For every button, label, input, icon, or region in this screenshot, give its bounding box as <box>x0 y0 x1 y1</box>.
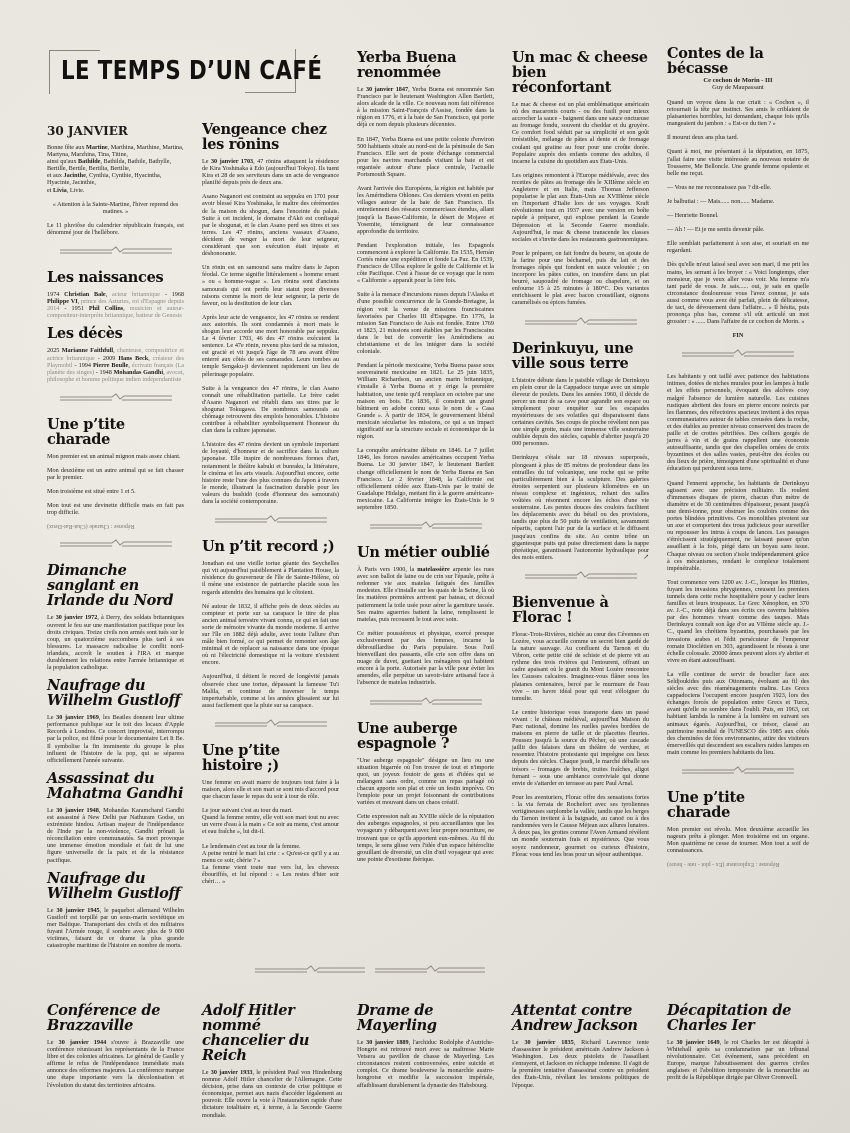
event-text: Le 30 janvier 1933, le président Paul vo… <box>202 1069 342 1119</box>
bottom-event-3: Drame de Mayerling Le 30 janvier 1889, l… <box>357 1003 494 1096</box>
yerba-paragraph: La conquête américaine débute en 1846. L… <box>357 447 494 511</box>
charade-heading: Une p’tite charade <box>667 790 809 820</box>
yerba-paragraph: Pendant la période mexicaine, Yerba Buen… <box>357 362 494 440</box>
bottom-event-4: Attentat contre Andrew Jackson Le 30 jan… <box>512 1003 649 1096</box>
deaths-heading: Les décès <box>47 326 184 341</box>
mac-paragraph: Pour le préparer, on fait fondre du beur… <box>512 250 649 307</box>
histoire-paragraph: Une femme en avait marre de toujours tou… <box>202 779 339 800</box>
ornament-divider <box>215 515 327 525</box>
ornament-divider <box>370 697 482 707</box>
event-heading: Adolf Hitler nommé chancelier du Reich <box>202 1003 342 1063</box>
metier-heading: Un métier oublié <box>357 545 494 560</box>
deaths-list: 2025 Marianne Faithfull, chanteuse, comp… <box>47 347 184 382</box>
ronins-paragraph: Après leur acte de vengeance, les 47 rōn… <box>202 314 339 378</box>
florac-paragraph: Pour les aventuriers, Florac offre des s… <box>512 794 649 858</box>
event-text: Le 30 janvier 1835, Richard Lawrence ten… <box>512 1039 649 1089</box>
derinkuyu-continued-paragraph: Tout commence vers 1200 av. J.-C., lorsq… <box>667 579 809 664</box>
auberge-paragraph: "Une auberge espagnole" désigne un lieu … <box>357 757 494 807</box>
metier-intro: À Paris vers 1900, la matelassière arpen… <box>357 566 494 623</box>
event-text: Le 30 janvier 1889, l'archiduc Rodolphe … <box>357 1039 494 1089</box>
becasse-paragraph: Quand un voyou dans la rue criait : « Co… <box>667 99 809 127</box>
becasse-paragraph: — Vous ne me reconnaissez pas ? dit-elle… <box>667 184 809 191</box>
event-heading: Assassinat du Mahatma Gandhi <box>47 771 184 801</box>
column-1: 30 JANVIER Bonne fête aux Martine, Marth… <box>47 124 184 956</box>
event-heading: Conférence de Brazzaville <box>47 1003 184 1033</box>
derinkuyu-continued-paragraph: La ville continue de servir de bouclier … <box>667 671 809 756</box>
column-4: Un mac & cheese bien réconfortant Le mac… <box>512 50 649 865</box>
event-text: Le 30 janvier 1944 s'ouvre à Brazzaville… <box>47 1039 184 1089</box>
column-2: Vengeance chez les rōnins Le 30 janvier … <box>202 122 339 892</box>
event-text: Le 30 janvier 1649, le roi Charles Ier e… <box>667 1039 809 1082</box>
mac-heading: Un mac & cheese bien réconfortant <box>512 50 649 95</box>
charade-heading: Une p’tite charade <box>47 417 184 447</box>
event-text: Le 30 janvier 1948, Mohandas Karamchand … <box>47 807 184 864</box>
ornament-divider <box>60 246 172 256</box>
births-heading: Les naissances <box>47 270 184 285</box>
event-heading: Attentat contre Andrew Jackson <box>512 1003 649 1033</box>
becasse-subtitle: Ce cochon de Morin - III <box>667 77 809 84</box>
yerba-intro: Le 30 janvier 1847, Yerba Buena est reno… <box>357 86 494 129</box>
derinkuyu-paragraph: L'histoire débute dans le paisible villa… <box>512 377 649 448</box>
becasse-paragraph: Dès qu'elle m'eut laissé seul avec son m… <box>667 261 809 325</box>
auberge-heading: Une auberge espagnole ? <box>357 721 494 751</box>
becasse-paragraph: Quant à moi, me présentant à la députati… <box>667 148 809 176</box>
becasse-paragraph: Je balbutiai : — Mais...... non...... Ma… <box>667 198 809 205</box>
ornament-divider <box>215 719 327 729</box>
page-title: LE TEMPS D’UN CAFÉ <box>61 56 322 86</box>
charade-answer-upside-down: Réponse : Explorateur (Ex - plot - rate … <box>667 861 809 867</box>
florac-heading: Bienvenue à Florac ! <box>512 595 649 625</box>
yerba-paragraph: Suite à la menace d'incursions russes de… <box>357 291 494 355</box>
charade-text: Mon premier est révolu. Mon deuxième acc… <box>667 826 809 854</box>
charade-line: Mon troisième est situé entre 1 et 5. <box>47 488 184 495</box>
column-3: Yerba Buena renommée Le 30 janvier 1847,… <box>357 50 494 870</box>
florac-paragraph: Le centre historique vous transporte dan… <box>512 709 649 787</box>
event-text: Le 30 janvier 1969, les Beatles donnent … <box>47 714 184 764</box>
becasse-heading: Contes de la bécasse <box>667 46 809 76</box>
bottom-event-2: Adolf Hitler nommé chancelier du Reich L… <box>202 1003 342 1126</box>
ornament-divider <box>682 766 794 776</box>
record-paragraph: Aujourd'hui, il détient le record de lon… <box>202 673 339 708</box>
yerba-heading: Yerba Buena renommée <box>357 50 494 80</box>
charade-line: Mon premier est un animal mignon mais as… <box>47 453 184 460</box>
record-heading: Un p’tit record ;) <box>202 539 339 554</box>
republican-calendar: Le 11 pluviôse du calendrier républicain… <box>47 222 184 236</box>
charade-line: Mon deuxième est un autre animal qui se … <box>47 467 184 481</box>
yerba-paragraph: Avant l'arrivée des Européens, la région… <box>357 185 494 235</box>
charade-answer-upside-down: Réponse : Charade (Chat-Rat-Deux) <box>47 523 184 529</box>
event-heading: Décapitation de Charles Ier <box>667 1003 809 1033</box>
ornament-divider <box>255 962 595 980</box>
ronins-paragraph: Suite à la vengeance des 47 rōnins, le c… <box>202 385 339 435</box>
column-5: Contes de la bécasse Ce cochon de Morin … <box>667 46 809 873</box>
becasse-paragraph: — Ah ! — Et je me sentis devenir pâle. <box>667 226 809 233</box>
bottom-event-1: Conférence de Brazzaville Le 30 janvier … <box>47 1003 184 1096</box>
ronins-heading: Vengeance chez les rōnins <box>202 122 339 152</box>
event-heading: Naufrage du Wilhelm Gustloff <box>47 871 184 901</box>
event-text: Le 30 janvier 1945, le paquebot allemand… <box>47 907 184 950</box>
ornament-divider <box>370 521 482 531</box>
mac-paragraph: Le mac & cheese est un plat emblématique… <box>512 101 649 165</box>
derinkuyu-paragraph: Derinkuyu s'étale sur 18 niveaux superpo… <box>512 454 649 560</box>
ronins-paragraph: Asano Naganori est contraint au seppuku … <box>202 193 339 257</box>
ronins-paragraph: Un rōnin est un samouraï sans maître dan… <box>202 264 339 307</box>
florac-paragraph: Florac-Trois-Rivières, nichée au cœur de… <box>512 631 649 702</box>
yerba-paragraph: Pendant l'exploration initiale, les Espa… <box>357 242 494 285</box>
auberge-paragraph: Cette expression naît au XVIIIe siècle d… <box>357 813 494 863</box>
newspaper-page: LE TEMPS D’UN CAFÉ 30 JANVIER Bonne fête… <box>0 0 850 1133</box>
event-text: Le 30 janvier 1972, à Derry, des soldats… <box>47 614 184 671</box>
bottom-event-5: Décapitation de Charles Ier Le 30 janvie… <box>667 1003 809 1089</box>
yerba-paragraph: En 1847, Yerba Buena est une petite colo… <box>357 136 494 179</box>
ronins-intro: Le 30 janvier 1703, 47 rōnins attaquent … <box>202 158 339 186</box>
ornament-divider <box>682 349 794 359</box>
proverb: « Attention à la Sainte-Martine, l'hiver… <box>47 201 184 215</box>
record-paragraph: Né autour de 1832, il affiche près de de… <box>202 603 339 667</box>
ronins-paragraph: L'histoire des 47 rōnins devient un symb… <box>202 441 339 505</box>
ornament-divider <box>525 317 637 327</box>
derinkuyu-continued-paragraph: Les habitants y ont taillé avec patience… <box>667 373 809 472</box>
ornament-divider <box>60 393 172 403</box>
mac-paragraph: Les origines remontent à l'Europe médiév… <box>512 172 649 243</box>
continue-arrow-icon: ↗ <box>643 554 649 561</box>
calendar-date: 30 JANVIER <box>47 124 184 138</box>
becasse-end: FIN <box>667 332 809 339</box>
event-heading: Dimanche sanglant en Irlande du Nord <box>47 563 184 608</box>
event-heading: Drame de Mayerling <box>357 1003 494 1033</box>
metier-paragraph: Ce métier poussiéreux et physique, exerc… <box>357 630 494 687</box>
ornament-divider <box>60 539 172 549</box>
becasse-paragraph: Il mourut deux ans plus tard. <box>667 134 809 141</box>
histoire-heading: Une p’tite histoire ;) <box>202 743 339 773</box>
becasse-paragraph: — Henriette Bonnel. <box>667 212 809 219</box>
births-list: 1974 Christian Bale, acteur britannique … <box>47 291 184 319</box>
ornament-divider <box>525 571 637 581</box>
derinkuyu-continued-paragraph: Quand l'ennemi approche, les habitants d… <box>667 480 809 572</box>
becasse-paragraph: Elle semblait parfaitement à son aise, e… <box>667 240 809 254</box>
charade-line: Mon tout est une devinette difficile mai… <box>47 502 184 516</box>
becasse-author: Guy de Maupassant <box>667 84 809 91</box>
derinkuyu-heading: Derinkuyu, une ville sous terre <box>512 341 649 371</box>
event-heading: Naufrage du Wilhelm Gustloff <box>47 678 184 708</box>
histoire-paragraph: Le lendemain c'est au tour de la femme. … <box>202 843 339 886</box>
record-paragraph: Jonathan est une vieille tortue géante d… <box>202 560 339 595</box>
saints-of-day: Bonne fête aux Martine, Marthina, Marthi… <box>47 144 184 194</box>
title-frame: LE TEMPS D’UN CAFÉ <box>49 50 296 93</box>
histoire-paragraph: Le jour suivant c'est au tour du mari. Q… <box>202 807 339 835</box>
